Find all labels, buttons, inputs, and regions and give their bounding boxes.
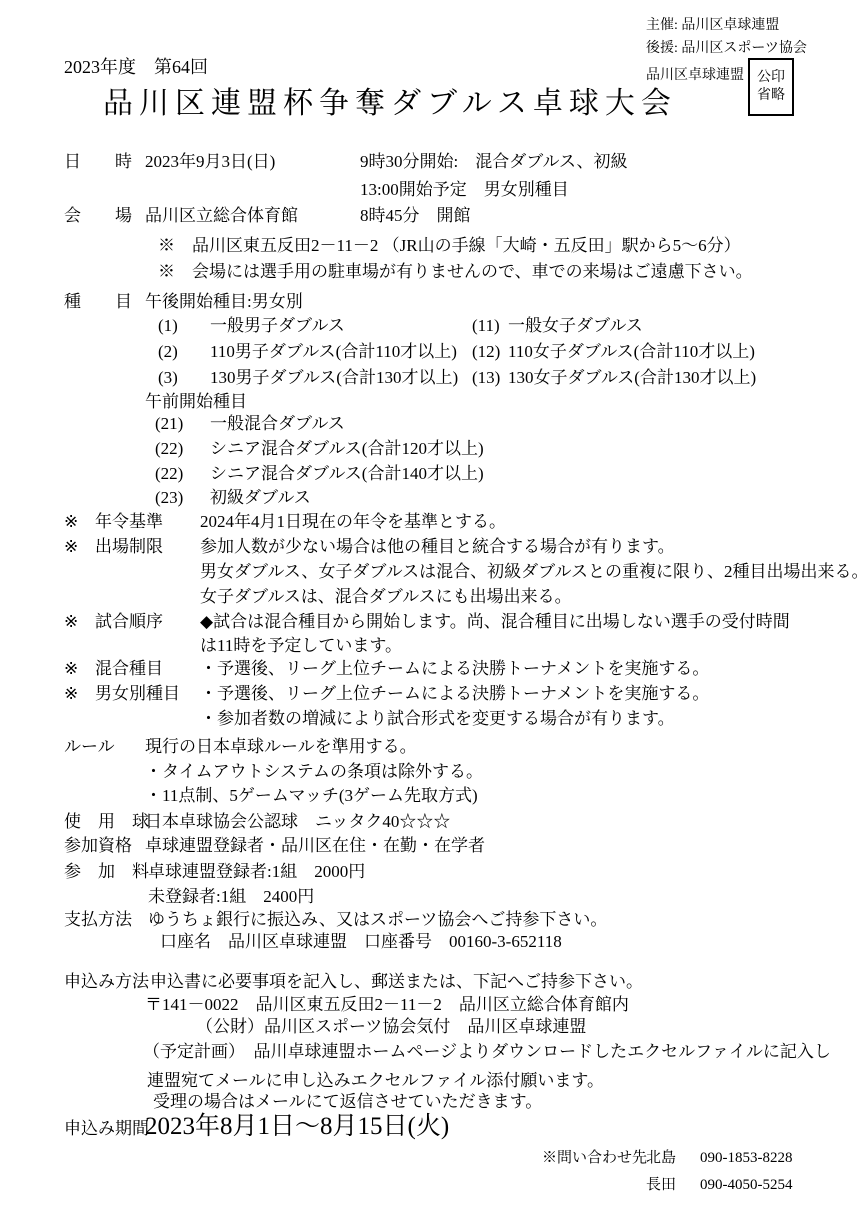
note-mark: ※: [64, 537, 78, 557]
official-seal-omitted-box: 公印 省略: [748, 58, 794, 116]
events-label: 種 目: [64, 292, 132, 312]
fee-label: 参 加 料: [64, 862, 149, 882]
note-mark: ※: [64, 512, 78, 532]
payment-label: 支払方法: [64, 910, 132, 930]
fee-unregistered: 未登録者:1組 2400円: [148, 887, 314, 907]
ball-label: 使 用 球: [64, 812, 149, 832]
note-label-entry-limit: 出場制限: [95, 537, 163, 557]
venue-note-address: ※ 品川区東五反田2－11－2 （JR山の手線「大崎・五反田」駅から5～6分）: [158, 236, 741, 256]
note-mark: ※: [64, 612, 78, 632]
application-plan: （予定計画） 品川卓球連盟ホームページよりダウンロードしたエクセルファイルに記入…: [143, 1042, 831, 1062]
venue-name: 品川区立総合体育館: [145, 206, 298, 226]
event-name: 130女子ダブルス(合計130才以上): [508, 368, 756, 388]
eligibility-value: 卓球連盟登録者・品川区在住・在勤・在学者: [145, 836, 485, 856]
time-afternoon: 13:00開始予定 男女別種目: [360, 180, 569, 200]
org-name-line: 品川区卓球連盟: [646, 68, 744, 85]
edition-line: 2023年度 第64回: [64, 57, 208, 79]
rules-text: 現行の日本卓球ルールを準用する。: [145, 737, 417, 757]
organizer-line: 主催: 品川区卓球連盟: [646, 18, 779, 35]
payment-method: ゆうちょ銀行に振込み、又はスポーツ協会へご持参下さい。: [148, 910, 607, 930]
note-label-match-order: 試合順序: [95, 612, 163, 632]
application-label: 申込み方法: [64, 972, 149, 992]
application-email: 連盟宛てメールに申し込みエクセルファイル添付願います。: [147, 1071, 604, 1091]
document-page: 主催: 品川区卓球連盟 後援: 品川区スポーツ協会 品川区卓球連盟 公印 省略 …: [0, 0, 868, 1228]
event-name: 110女子ダブルス(合計110才以上): [508, 342, 755, 362]
event-name: 初級ダブルス: [210, 488, 311, 508]
note-label-age-basis: 年令基準: [95, 512, 163, 532]
contact-name: 北島: [646, 1149, 676, 1167]
note-text: 参加人数が少ない場合は他の種目と統合する場合が有ります。: [200, 537, 675, 557]
events-afternoon-heading: 午後開始種目:男女別: [145, 292, 303, 312]
event-no: (11): [472, 316, 500, 336]
contact-label: ※問い合わせ先: [542, 1149, 647, 1167]
events-morning-heading: 午前開始種目: [145, 392, 247, 412]
event-no: (12): [472, 342, 500, 362]
venue-open-time: 8時45分 開館: [360, 206, 471, 226]
event-no: (21): [155, 414, 183, 434]
event-no: (13): [472, 368, 500, 388]
rules-label: ルール: [64, 737, 115, 757]
note-text: ・参加者数の増減により試合形式を変更する場合が有ります。: [200, 709, 675, 729]
event-no: (22): [155, 464, 183, 484]
event-name: 一般混合ダブルス: [210, 414, 345, 434]
event-name: 一般男子ダブルス: [210, 316, 345, 336]
event-no: (22): [155, 439, 183, 459]
note-text: は11時を予定しています。: [200, 636, 402, 656]
note-text: 女子ダブルスは、混合ダブルスにも出場出来る。: [200, 587, 572, 607]
date-value: 2023年9月3日(日): [145, 152, 275, 172]
time-morning: 9時30分開始: 混合ダブルス、初級: [360, 152, 628, 172]
note-label-mixed-events: 混合種目: [95, 659, 163, 679]
fee-registered: 卓球連盟登録者:1組 2000円: [148, 862, 365, 882]
application-instruction: 申込書に必要事項を記入し、郵送または、下記へご持参下さい。: [150, 972, 643, 992]
contact-phone: 090-4050-5254: [700, 1176, 793, 1194]
supporter-line: 後援: 品川区スポーツ協会: [646, 41, 807, 58]
event-name: シニア混合ダブルス(合計120才以上): [210, 439, 484, 459]
note-label-gender-events: 男女別種目: [95, 684, 180, 704]
note-text: 男女ダブルス、女子ダブルスは混合、初級ダブルスとの重複に限り、2種目出場出来る。: [200, 562, 868, 582]
document-title: 品川区連盟杯争奪ダブルス卓球大会: [103, 86, 677, 122]
event-name: 110男子ダブルス(合計110才以上): [210, 342, 457, 362]
ball-value: 日本卓球協会公認球 ニッタク40☆☆☆: [145, 812, 450, 832]
application-reply: 受理の場合はメールにて返信させていただきます。: [153, 1092, 542, 1112]
note-text: 2024年4月1日現在の年令を基準とする。: [200, 512, 506, 532]
application-address: 〒141－0022 品川区東五反田2－11－2 品川区立総合体育館内: [145, 995, 629, 1015]
rules-text: ・タイムアウトシステムの条項は除外する。: [145, 762, 483, 782]
event-name: 130男子ダブルス(合計130才以上): [210, 368, 458, 388]
note-text: ・予選後、リーグ上位チームによる決勝トーナメントを実施する。: [200, 659, 709, 679]
note-mark: ※: [64, 659, 78, 679]
note-text: ・予選後、リーグ上位チームによる決勝トーナメントを実施する。: [200, 684, 709, 704]
date-label: 日 時: [64, 152, 132, 172]
eligibility-label: 参加資格: [64, 836, 132, 856]
rules-text: ・11点制、5ゲームマッチ(3ゲーム先取方式): [145, 786, 478, 806]
note-mark: ※: [64, 684, 78, 704]
seal-text-line1: 公印: [757, 71, 785, 85]
contact-phone: 090-1853-8228: [700, 1149, 793, 1167]
period-value: 2023年8月1日～8月15日(火): [145, 1112, 449, 1142]
venue-label: 会 場: [64, 206, 132, 226]
event-name: 一般女子ダブルス: [508, 316, 643, 336]
seal-text-line2: 省略: [757, 89, 785, 103]
event-no: (1): [158, 316, 178, 336]
event-no: (23): [155, 488, 183, 508]
contact-name: 長田: [646, 1176, 676, 1194]
period-label: 申込み期間: [64, 1119, 149, 1139]
note-text: ◆試合は混合種目から開始します。尚、混合種目に出場しない選手の受付時間: [200, 612, 790, 632]
event-no: (3): [158, 368, 178, 388]
event-name: シニア混合ダブルス(合計140才以上): [210, 464, 484, 484]
payment-account: 口座名 品川区卓球連盟 口座番号 00160-3-652118: [160, 932, 562, 952]
venue-note-parking: ※ 会場には選手用の駐車場が有りませんので、車での来場はご遠慮下さい。: [158, 262, 753, 282]
application-recipient: （公財）品川区スポーツ協会気付 品川区卓球連盟: [196, 1017, 586, 1037]
event-no: (2): [158, 342, 178, 362]
